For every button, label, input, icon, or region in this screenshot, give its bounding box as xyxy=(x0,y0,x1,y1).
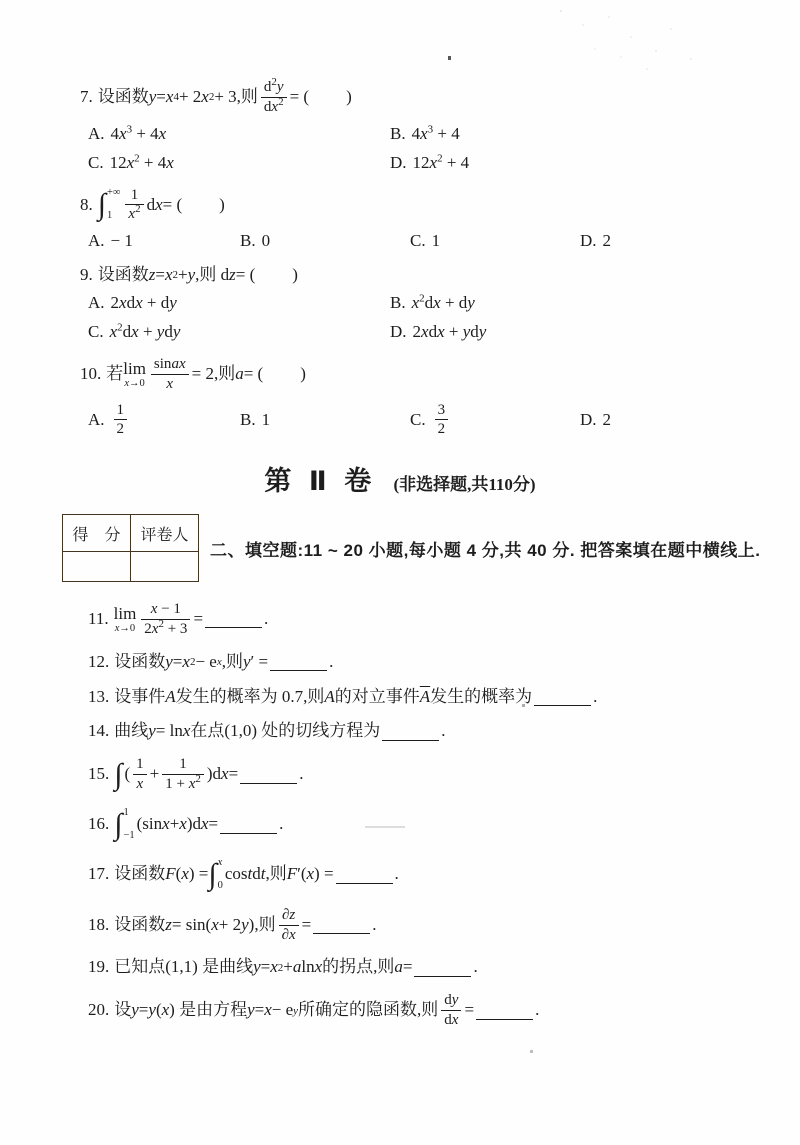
option-value: 12 xyxy=(111,401,131,440)
question-number: 20. xyxy=(88,999,109,1022)
mc-question: 10.若limx→0sinaxx = 2,则 a = ()A.12B.1C.32… xyxy=(80,355,760,439)
part2-header: 第 Ⅱ 卷 (非选择题,共110分) xyxy=(0,459,800,498)
question-number: 7. xyxy=(80,86,93,108)
score-table-row: 得 分 评卷人 二、填空题:11 ~ 20 小题,每小题 4 分,共 40 分.… xyxy=(62,514,800,582)
fill-question: 16.∫1−1(sinx + x)dx = . xyxy=(88,806,760,844)
option-label: B. xyxy=(240,410,256,430)
fill-section-header: 二、填空题:11 ~ 20 小题,每小题 4 分,共 40 分. 把答案填在题中… xyxy=(210,536,761,561)
option-value: 32 xyxy=(432,401,452,440)
option-d: D.12x2 + 4 xyxy=(390,153,760,173)
question-number: 15. xyxy=(88,763,109,786)
option-c: C.x2dx + ydy xyxy=(88,322,390,342)
question-number: 12. xyxy=(88,651,109,674)
option-value: 12x2 + 4x xyxy=(110,153,174,173)
option-label: B. xyxy=(390,124,406,144)
grader-label: 评卷人 xyxy=(131,515,199,552)
option-label: B. xyxy=(240,231,256,251)
question-body: limx→0x − 12x2 + 3 = . xyxy=(114,600,269,639)
option-value: 2xdx + ydy xyxy=(413,322,487,342)
option-value: 1 xyxy=(432,231,441,251)
scan-speck xyxy=(365,826,405,828)
question-body: 已知点(1,1) 是曲线 y = x2 + alnx 的拐点,则 a = . xyxy=(114,956,477,979)
option-d: D.2xdx + ydy xyxy=(390,322,760,342)
stem-math: 若limx→0sinaxx = 2,则 a = () xyxy=(106,355,306,394)
option-b: B.0 xyxy=(240,231,410,251)
mc-question: 9.设函数 z = x2 + y,则 dz = ()A.2xdx + dyB.x… xyxy=(80,264,760,342)
fill-question: 11.limx→0x − 12x2 + 3 = . xyxy=(88,600,760,639)
question-number: 8. xyxy=(80,194,93,216)
options-row: A.2xdx + dyB.x2dx + dyC.x2dx + ydyD.2xdx… xyxy=(88,293,760,342)
options-row: A.12B.1C.32D.2 xyxy=(88,401,760,440)
grader-cell-empty xyxy=(131,552,199,582)
scan-speck xyxy=(448,56,451,60)
option-value: 2xdx + dy xyxy=(111,293,177,313)
scan-speck xyxy=(522,704,525,707)
question-stem: 7.设函数 y = x4 + 2x2 + 3,则d2ydx2 = () xyxy=(80,78,760,117)
option-label: C. xyxy=(88,153,104,173)
scan-speck xyxy=(530,1050,533,1053)
option-label: A. xyxy=(88,231,105,251)
mc-question: 7.设函数 y = x4 + 2x2 + 3,则d2ydx2 = ()A.4x3… xyxy=(80,78,760,173)
option-value: 0 xyxy=(262,231,271,251)
fill-question: 18.设函数 z = sin(x + 2y),则∂z∂x = . xyxy=(88,906,760,945)
question-number: 17. xyxy=(88,863,109,886)
option-a: A.2xdx + dy xyxy=(88,293,390,313)
question-number: 9. xyxy=(80,264,93,286)
option-label: D. xyxy=(580,410,597,430)
question-body: 设函数 y = x2 − ex,则 y′ = . xyxy=(114,651,333,674)
option-d: D.2 xyxy=(580,231,760,251)
question-number: 10. xyxy=(80,363,101,385)
option-a: A.4x3 + 4x xyxy=(88,124,390,144)
fill-question: 17.设函数 F(x) = ∫x0costdt,则 F′(x) = . xyxy=(88,856,760,894)
fill-question: 20.设 y = y(x) 是由方程 y = x − ey 所确定的隐函数,则d… xyxy=(88,991,760,1030)
option-c: C.32 xyxy=(410,401,580,440)
question-body: 设函数 z = sin(x + 2y),则∂z∂x = . xyxy=(114,906,376,945)
question-number: 16. xyxy=(88,813,109,836)
options-row: A.4x3 + 4xB.4x3 + 4C.12x2 + 4xD.12x2 + 4 xyxy=(88,124,760,173)
option-c: C.12x2 + 4x xyxy=(88,153,390,173)
stem-math: 设函数 z = x2 + y,则 dz = () xyxy=(98,264,298,286)
option-value: x2dx + dy xyxy=(412,293,475,313)
option-label: A. xyxy=(88,293,105,313)
option-value: − 1 xyxy=(111,231,133,251)
part2-title: 第 Ⅱ 卷 xyxy=(264,466,376,496)
question-stem: 10.若limx→0sinaxx = 2,则 a = () xyxy=(80,355,760,394)
option-value: 12x2 + 4 xyxy=(413,153,470,173)
stem-math: 设函数 y = x4 + 2x2 + 3,则d2ydx2 = () xyxy=(98,78,352,117)
option-value: 2 xyxy=(603,231,612,251)
question-body: 设 y = y(x) 是由方程 y = x − ey 所确定的隐函数,则dydx… xyxy=(114,991,539,1030)
question-number: 18. xyxy=(88,914,109,937)
fill-question: 14.曲线 y = lnx 在点(1,0) 处的切线方程为. xyxy=(88,720,760,743)
fill-question: 19.已知点(1,1) 是曲线 y = x2 + alnx 的拐点,则 a = … xyxy=(88,956,760,979)
fill-in-section: 11.limx→0x − 12x2 + 3 = .12.设函数 y = x2 −… xyxy=(0,590,800,1030)
option-label: C. xyxy=(410,231,426,251)
option-label: D. xyxy=(390,153,407,173)
option-label: D. xyxy=(390,322,407,342)
score-label: 得 分 xyxy=(63,515,131,552)
option-label: C. xyxy=(88,322,104,342)
score-cell-empty xyxy=(63,552,131,582)
option-value: 4x3 + 4x xyxy=(111,124,167,144)
mc-question: 8.∫+∞11x2dx = ()A.− 1B.0C.1D.2 xyxy=(80,186,760,252)
stem-math: ∫+∞11x2dx = () xyxy=(98,186,225,225)
fill-question: 15.∫(1x + 11 + x2)dx = . xyxy=(88,755,760,794)
option-label: A. xyxy=(88,410,105,430)
question-stem: 8.∫+∞11x2dx = () xyxy=(80,186,760,225)
option-label: C. xyxy=(410,410,426,430)
part2-subtitle: (非选择题,共110分) xyxy=(393,475,535,494)
option-c: C.1 xyxy=(410,231,580,251)
question-number: 11. xyxy=(88,608,109,631)
option-a: A.12 xyxy=(88,401,240,440)
question-body: 曲线 y = lnx 在点(1,0) 处的切线方程为. xyxy=(114,720,445,743)
question-number: 13. xyxy=(88,686,109,709)
option-a: A.− 1 xyxy=(88,231,240,251)
multiple-choice-section: 7.设函数 y = x4 + 2x2 + 3,则d2ydx2 = ()A.4x3… xyxy=(0,0,800,439)
option-label: B. xyxy=(390,293,406,313)
score-table: 得 分 评卷人 xyxy=(62,514,199,582)
option-label: D. xyxy=(580,231,597,251)
option-d: D.2 xyxy=(580,410,760,430)
question-body: ∫(1x + 11 + x2)dx = . xyxy=(114,755,303,794)
option-b: B.4x3 + 4 xyxy=(390,124,760,144)
option-value: 2 xyxy=(603,410,612,430)
question-stem: 9.设函数 z = x2 + y,则 dz = () xyxy=(80,264,760,286)
question-body: ∫1−1(sinx + x)dx = . xyxy=(114,806,283,844)
option-b: B.x2dx + dy xyxy=(390,293,760,313)
option-b: B.1 xyxy=(240,410,410,430)
option-value: 1 xyxy=(262,410,271,430)
fill-question: 12.设函数 y = x2 − ex,则 y′ = . xyxy=(88,651,760,674)
question-number: 19. xyxy=(88,956,109,979)
question-number: 14. xyxy=(88,720,109,743)
exam-page: 7.设函数 y = x4 + 2x2 + 3,则d2ydx2 = ()A.4x3… xyxy=(0,0,800,1145)
option-value: 4x3 + 4 xyxy=(412,124,460,144)
option-label: A. xyxy=(88,124,105,144)
question-body: 设函数 F(x) = ∫x0costdt,则 F′(x) = . xyxy=(114,856,399,894)
options-row: A.− 1B.0C.1D.2 xyxy=(88,231,760,251)
scan-noise xyxy=(560,10,562,12)
option-value: x2dx + ydy xyxy=(110,322,181,342)
fill-question: 13.设事件 A 发生的概率为 0.7,则 A 的对立事件 A 发生的概率为. xyxy=(88,686,760,709)
